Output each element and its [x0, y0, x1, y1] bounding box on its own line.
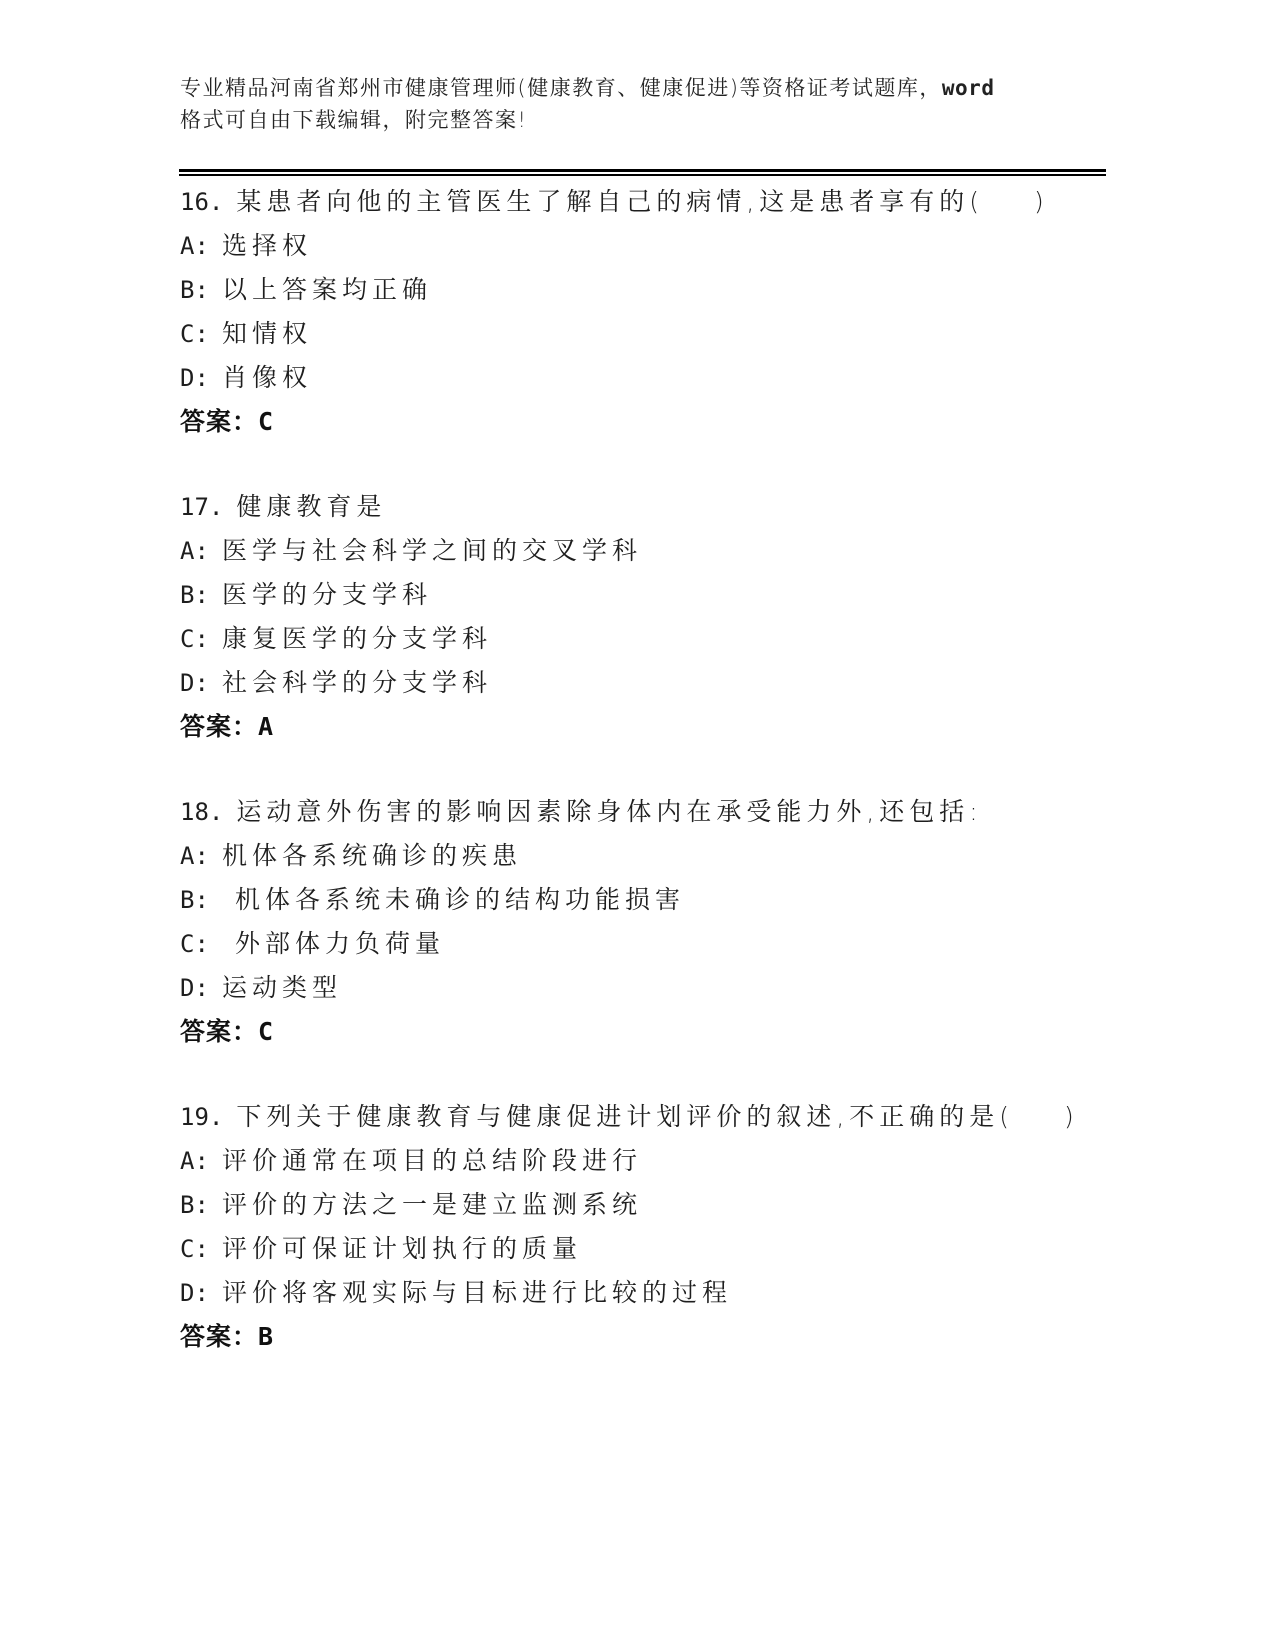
- document-page: 专业精品河南省郑州市健康管理师(健康教育、健康促进)等资格证考试题库，word …: [0, 0, 1275, 1650]
- option-d: D:肖像权: [180, 356, 1120, 400]
- answer-label: 答案：: [180, 712, 258, 741]
- header-word-text: word: [942, 76, 995, 100]
- option-c: C:知情权: [180, 312, 1120, 356]
- option-text: 评价将客观实际与目标进行比较的过程: [222, 1278, 732, 1307]
- question-18: 18. 运动意外伤害的影响因素除身体内在承受能力外,还包括: A:机体各系统确诊…: [180, 790, 1120, 1054]
- option-text: 评价的方法之一是建立监测系统: [222, 1190, 642, 1219]
- option-d: D:运动类型: [180, 966, 1120, 1010]
- option-letter: C:: [180, 617, 222, 661]
- answer-value: C: [258, 1017, 274, 1046]
- question-stem: 17. 健康教育是: [180, 485, 1120, 529]
- option-c: C: 外部体力负荷量: [180, 922, 1120, 966]
- option-letter: D:: [180, 966, 222, 1010]
- question-number: 16.: [180, 188, 223, 216]
- option-d: D:社会科学的分支学科: [180, 661, 1120, 705]
- question-close-paren: ): [1064, 1102, 1079, 1131]
- option-text: 机体各系统未确诊的结构功能损害: [222, 885, 685, 914]
- option-c: C:康复医学的分支学科: [180, 617, 1120, 661]
- question-number: 19.: [180, 1103, 223, 1131]
- option-letter: D:: [180, 1271, 222, 1315]
- question-stem: 19. 下列关于健康教育与健康促进计划评价的叙述,不正确的是(): [180, 1095, 1120, 1139]
- option-letter: A:: [180, 224, 222, 268]
- option-letter: B:: [180, 878, 222, 922]
- option-text: 评价通常在项目的总结阶段进行: [222, 1146, 642, 1175]
- option-text: 选择权: [222, 231, 312, 260]
- answer-line: 答案：C: [180, 400, 1120, 444]
- option-b: B:以上答案均正确: [180, 268, 1120, 312]
- answer-line: 答案：C: [180, 1010, 1120, 1054]
- question-text: 某患者向他的主管医生了解自己的病情,这是患者享有的(: [236, 187, 984, 216]
- answer-value: A: [258, 712, 274, 741]
- question-number: 18.: [180, 798, 223, 826]
- option-letter: A:: [180, 834, 222, 878]
- answer-label: 答案：: [180, 1017, 258, 1046]
- option-letter: D:: [180, 661, 222, 705]
- option-text: 肖像权: [222, 363, 312, 392]
- question-stem: 16. 某患者向他的主管医生了解自己的病情,这是患者享有的(): [180, 180, 1120, 224]
- header-divider-thin: [179, 174, 1106, 176]
- option-text: 运动类型: [222, 973, 342, 1002]
- question-17: 17. 健康教育是 A:医学与社会科学之间的交叉学科 B:医学的分支学科 C:康…: [180, 485, 1120, 749]
- option-text: 以上答案均正确: [222, 275, 432, 304]
- option-letter: A:: [180, 529, 222, 573]
- question-text: 运动意外伤害的影响因素除身体内在承受能力外,还包括:: [236, 797, 982, 826]
- option-text: 评价可保证计划执行的质量: [222, 1234, 582, 1263]
- question-19: 19. 下列关于健康教育与健康促进计划评价的叙述,不正确的是() A:评价通常在…: [180, 1095, 1120, 1359]
- option-text: 社会科学的分支学科: [222, 668, 492, 697]
- option-b: B:评价的方法之一是建立监测系统: [180, 1183, 1120, 1227]
- option-text: 医学的分支学科: [222, 580, 432, 609]
- option-letter: B:: [180, 1183, 222, 1227]
- answer-value: C: [258, 407, 274, 436]
- answer-label: 答案：: [180, 1322, 258, 1351]
- option-a: A:医学与社会科学之间的交叉学科: [180, 529, 1120, 573]
- option-letter: D:: [180, 356, 222, 400]
- option-letter: C:: [180, 922, 222, 966]
- answer-label: 答案：: [180, 407, 258, 436]
- option-c: C:评价可保证计划执行的质量: [180, 1227, 1120, 1271]
- option-letter: B:: [180, 268, 222, 312]
- option-a: A:选择权: [180, 224, 1120, 268]
- header-line-2: 格式可自由下载编辑，附完整答案!: [180, 104, 1060, 136]
- option-text: 康复医学的分支学科: [222, 624, 492, 653]
- answer-line: 答案：B: [180, 1315, 1120, 1359]
- question-text: 下列关于健康教育与健康促进计划评价的叙述,不正确的是(: [236, 1102, 1014, 1131]
- option-letter: C:: [180, 1227, 222, 1271]
- question-text: 健康教育是: [236, 492, 386, 521]
- option-text: 外部体力负荷量: [222, 929, 445, 958]
- option-text: 机体各系统确诊的疾患: [222, 841, 522, 870]
- option-b: B:医学的分支学科: [180, 573, 1120, 617]
- option-text: 医学与社会科学之间的交叉学科: [222, 536, 642, 565]
- option-a: A:评价通常在项目的总结阶段进行: [180, 1139, 1120, 1183]
- option-d: D:评价将客观实际与目标进行比较的过程: [180, 1271, 1120, 1315]
- question-16: 16. 某患者向他的主管医生了解自己的病情,这是患者享有的() A:选择权 B:…: [180, 180, 1120, 444]
- option-text: 知情权: [222, 319, 312, 348]
- question-number: 17.: [180, 493, 223, 521]
- question-stem: 18. 运动意外伤害的影响因素除身体内在承受能力外,还包括:: [180, 790, 1120, 834]
- header-divider-thick: [179, 169, 1106, 172]
- answer-value: B: [258, 1322, 274, 1351]
- option-b: B: 机体各系统未确诊的结构功能损害: [180, 878, 1120, 922]
- answer-line: 答案：A: [180, 705, 1120, 749]
- option-letter: B:: [180, 573, 222, 617]
- document-header: 专业精品河南省郑州市健康管理师(健康教育、健康促进)等资格证考试题库，word …: [180, 72, 1060, 136]
- option-letter: A:: [180, 1139, 222, 1183]
- question-close-paren: ): [1034, 187, 1049, 216]
- header-line-1-text: 专业精品河南省郑州市健康管理师(健康教育、健康促进)等资格证考试题库，: [180, 76, 942, 100]
- header-line-1: 专业精品河南省郑州市健康管理师(健康教育、健康促进)等资格证考试题库，word: [180, 72, 1060, 104]
- option-a: A:机体各系统确诊的疾患: [180, 834, 1120, 878]
- option-letter: C:: [180, 312, 222, 356]
